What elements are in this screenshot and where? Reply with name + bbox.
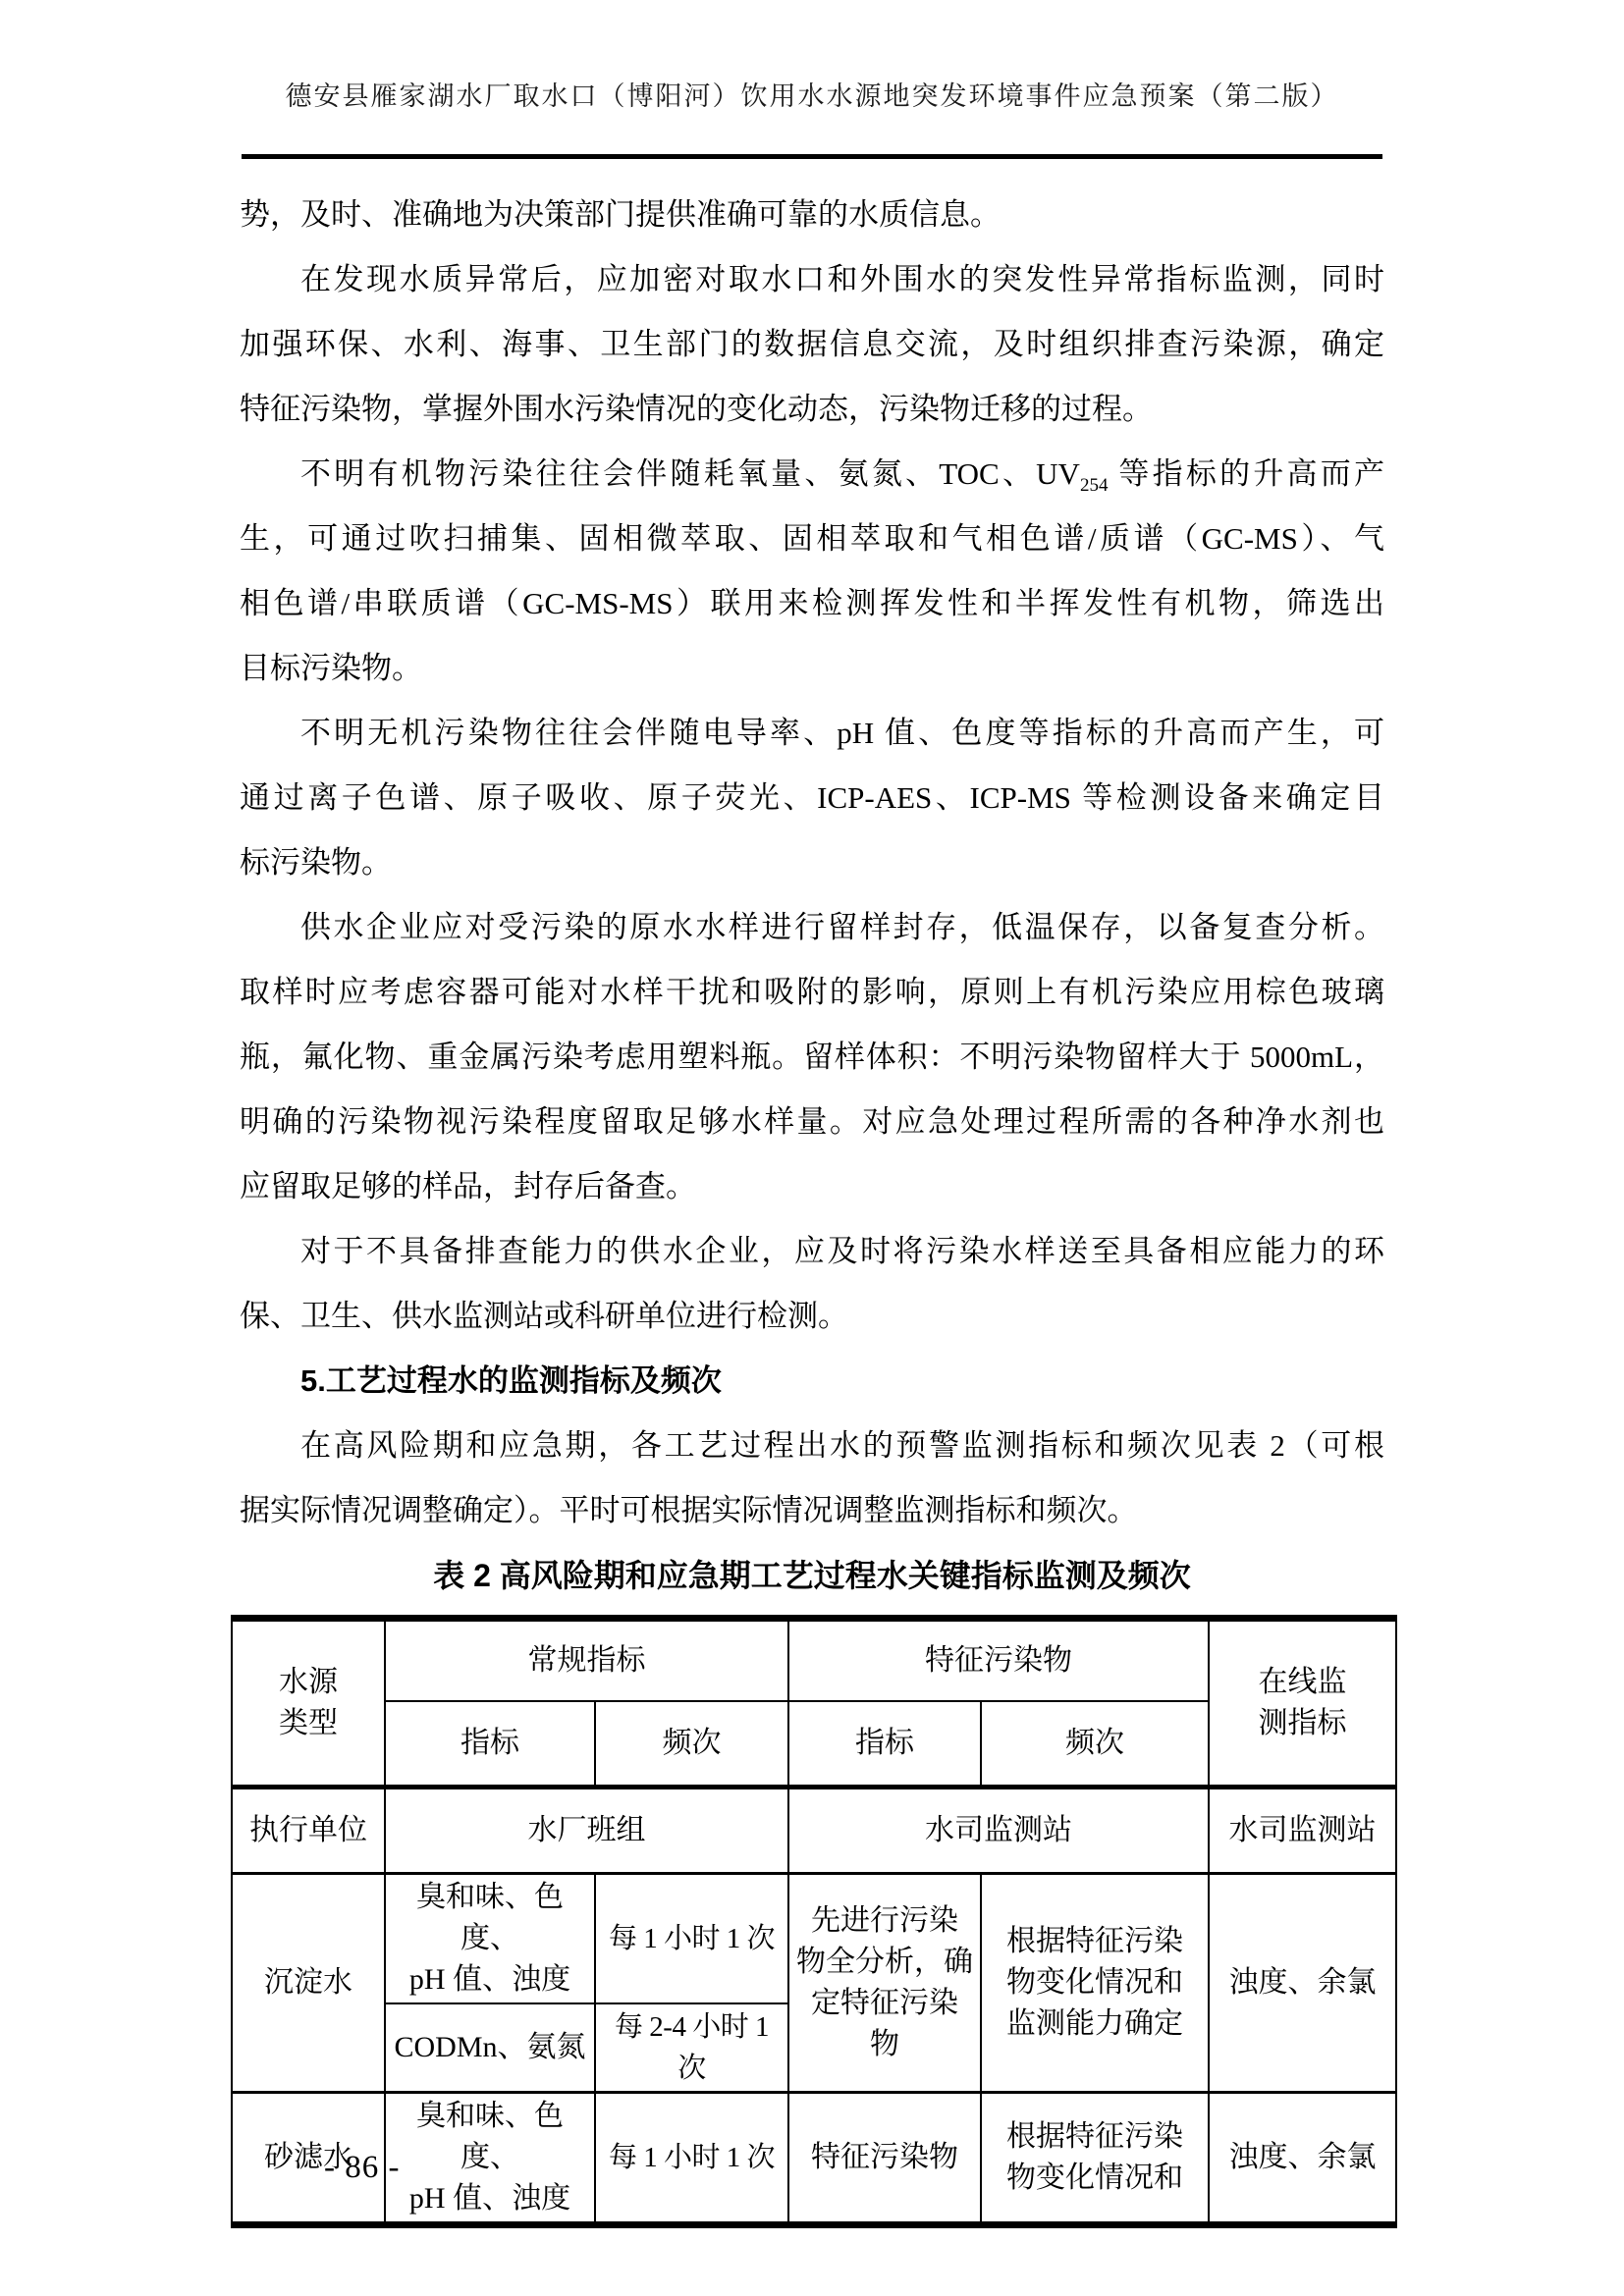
cell-sedimentation-online: 浊度、余氯: [1209, 1874, 1396, 2093]
cell-sedimentation-indicator-2: CODMn、氨氮: [385, 2003, 595, 2093]
header-cell-regular-frequency: 频次: [595, 1701, 788, 1788]
body-line: 不明无机污染物往往会伴随电导率、pH 值、色度等指标的升高而产生，可: [240, 701, 1384, 766]
header-cell-source-type: 水源 类型: [232, 1619, 385, 1788]
cell-executor-label: 执行单位: [232, 1788, 385, 1874]
body-line: 据实际情况调整确定）。平时可根据实际情况调整监测指标和频次。: [240, 1478, 1384, 1543]
page-number: - 86 -: [324, 2150, 400, 2186]
header-cell-characteristic-indicator: 指标: [788, 1701, 981, 1788]
monitoring-table-container: 水源 类型 常规指标 特征污染物 在线监 测指标 指标 频次 指标 频次 执行单…: [231, 1615, 1395, 2228]
body-line: 瓶，氟化物、重金属污染考虑用塑料瓶。留样体积：不明污染物留样大于 5000mL，: [240, 1025, 1384, 1090]
body-line: 通过离子色谱、原子吸收、原子荧光、ICP-AES、ICP-MS 等检测设备来确定…: [240, 766, 1384, 830]
header-cell-characteristic-group: 特征污染物: [788, 1619, 1209, 1701]
table-caption: 表 2 高风险期和应急期工艺过程水关键指标监测及频次: [240, 1543, 1384, 1608]
uv-line-suffix: 等指标的升高而产: [1108, 456, 1384, 491]
cell-sand-frequency: 每 1 小时 1 次: [595, 2093, 788, 2225]
header-cell-regular-indicator: 指标: [385, 1701, 595, 1788]
body-line: 应留取足够的样品，封存后备查。: [240, 1154, 1384, 1219]
cell-sedimentation-frequency-1: 每 1 小时 1 次: [595, 1874, 788, 2004]
cell-sedimentation-frequency-2: 每 2-4 小时 1 次: [595, 2003, 788, 2093]
section-heading: 5.工艺过程水的监测指标及频次: [240, 1349, 1384, 1414]
uv-line-subscript: 254: [1080, 475, 1109, 496]
body-line: 生，可通过吹扫捕集、固相微萃取、固相萃取和气相色谱/质谱（GC-MS）、气: [240, 507, 1384, 571]
body-line: 相色谱/串联质谱（GC-MS-MS）联用来检测挥发性和半挥发性有机物，筛选出: [240, 571, 1384, 636]
cell-sand-indicator: 臭和味、色度、 pH 值、浊度: [385, 2093, 595, 2225]
body-line: 标污染物。: [240, 830, 1384, 895]
body-line: 势，及时、准确地为决策部门提供准确可靠的水质信息。: [240, 183, 1384, 247]
document-header-title: 德安县雁家湖水厂取水口（博阳河）饮用水水源地突发环境事件应急预案（第二版）: [0, 75, 1624, 113]
body-line: 在高风险期和应急期，各工艺过程出水的预警监测指标和频次见表 2（可根: [240, 1414, 1384, 1478]
cell-executor-online: 水司监测站: [1209, 1788, 1396, 1874]
body-line: 取样时应考虑容器可能对水样干扰和吸附的影响，原则上有机污染应用棕色玻璃: [240, 960, 1384, 1025]
document-page: 德安县雁家湖水厂取水口（博阳河）饮用水水源地突发环境事件应急预案（第二版） 势，…: [0, 0, 1624, 2296]
body-line: 目标污染物。: [240, 636, 1384, 701]
body-line: 对于不具备排查能力的供水企业，应及时将污染水样送至具备相应能力的环: [240, 1219, 1384, 1284]
header-cell-characteristic-frequency: 频次: [981, 1701, 1209, 1788]
uv-line-prefix: 不明有机物污染往往会伴随耗氧量、氨氮、TOC、UV: [300, 456, 1080, 491]
cell-sand-characteristic-indicator: 特征污染物: [788, 2093, 981, 2225]
body-line: 在发现水质异常后，应加密对取水口和外围水的突发性异常指标监测，同时: [240, 247, 1384, 312]
cell-sedimentation-characteristic-indicator: 先进行污染 物全分析，确 定特征污染 物: [788, 1874, 981, 2093]
body-line: 加强环保、水利、海事、卫生部门的数据信息交流，及时组织排查污染源，确定: [240, 312, 1384, 377]
cell-sedimentation-label: 沉淀水: [232, 1874, 385, 2093]
body-line: 明确的污染物视污染程度留取足够水样量。对应急处理过程所需的各种净水剂也: [240, 1090, 1384, 1154]
header-cell-online-monitoring: 在线监 测指标: [1209, 1619, 1396, 1788]
cell-sand-online: 浊度、余氯: [1209, 2093, 1396, 2225]
body-line: 供水企业应对受污染的原水水样进行留样封存，低温保存，以备复查分析。: [240, 895, 1384, 960]
cell-executor-regular: 水厂班组: [385, 1788, 788, 1874]
header-rule-divider: [242, 154, 1382, 159]
document-body: 势，及时、准确地为决策部门提供准确可靠的水质信息。 在发现水质异常后，应加密对取…: [240, 183, 1384, 1608]
cell-sand-characteristic-frequency: 根据特征污染 物变化情况和: [981, 2093, 1209, 2225]
cell-sedimentation-characteristic-frequency: 根据特征污染 物变化情况和 监测能力确定: [981, 1874, 1209, 2093]
header-cell-regular-group: 常规指标: [385, 1619, 788, 1701]
body-line: 特征污染物，掌握外围水污染情况的变化动态，污染物迁移的过程。: [240, 377, 1384, 442]
body-line-uv254: 不明有机物污染往往会伴随耗氧量、氨氮、TOC、UV254 等指标的升高而产: [240, 442, 1384, 507]
cell-executor-characteristic: 水司监测站: [788, 1788, 1209, 1874]
monitoring-table: 水源 类型 常规指标 特征污染物 在线监 测指标 指标 频次 指标 频次 执行单…: [231, 1615, 1397, 2228]
body-line: 保、卫生、供水监测站或科研单位进行检测。: [240, 1284, 1384, 1349]
cell-sedimentation-indicator-1: 臭和味、色度、 pH 值、浊度: [385, 1874, 595, 2004]
